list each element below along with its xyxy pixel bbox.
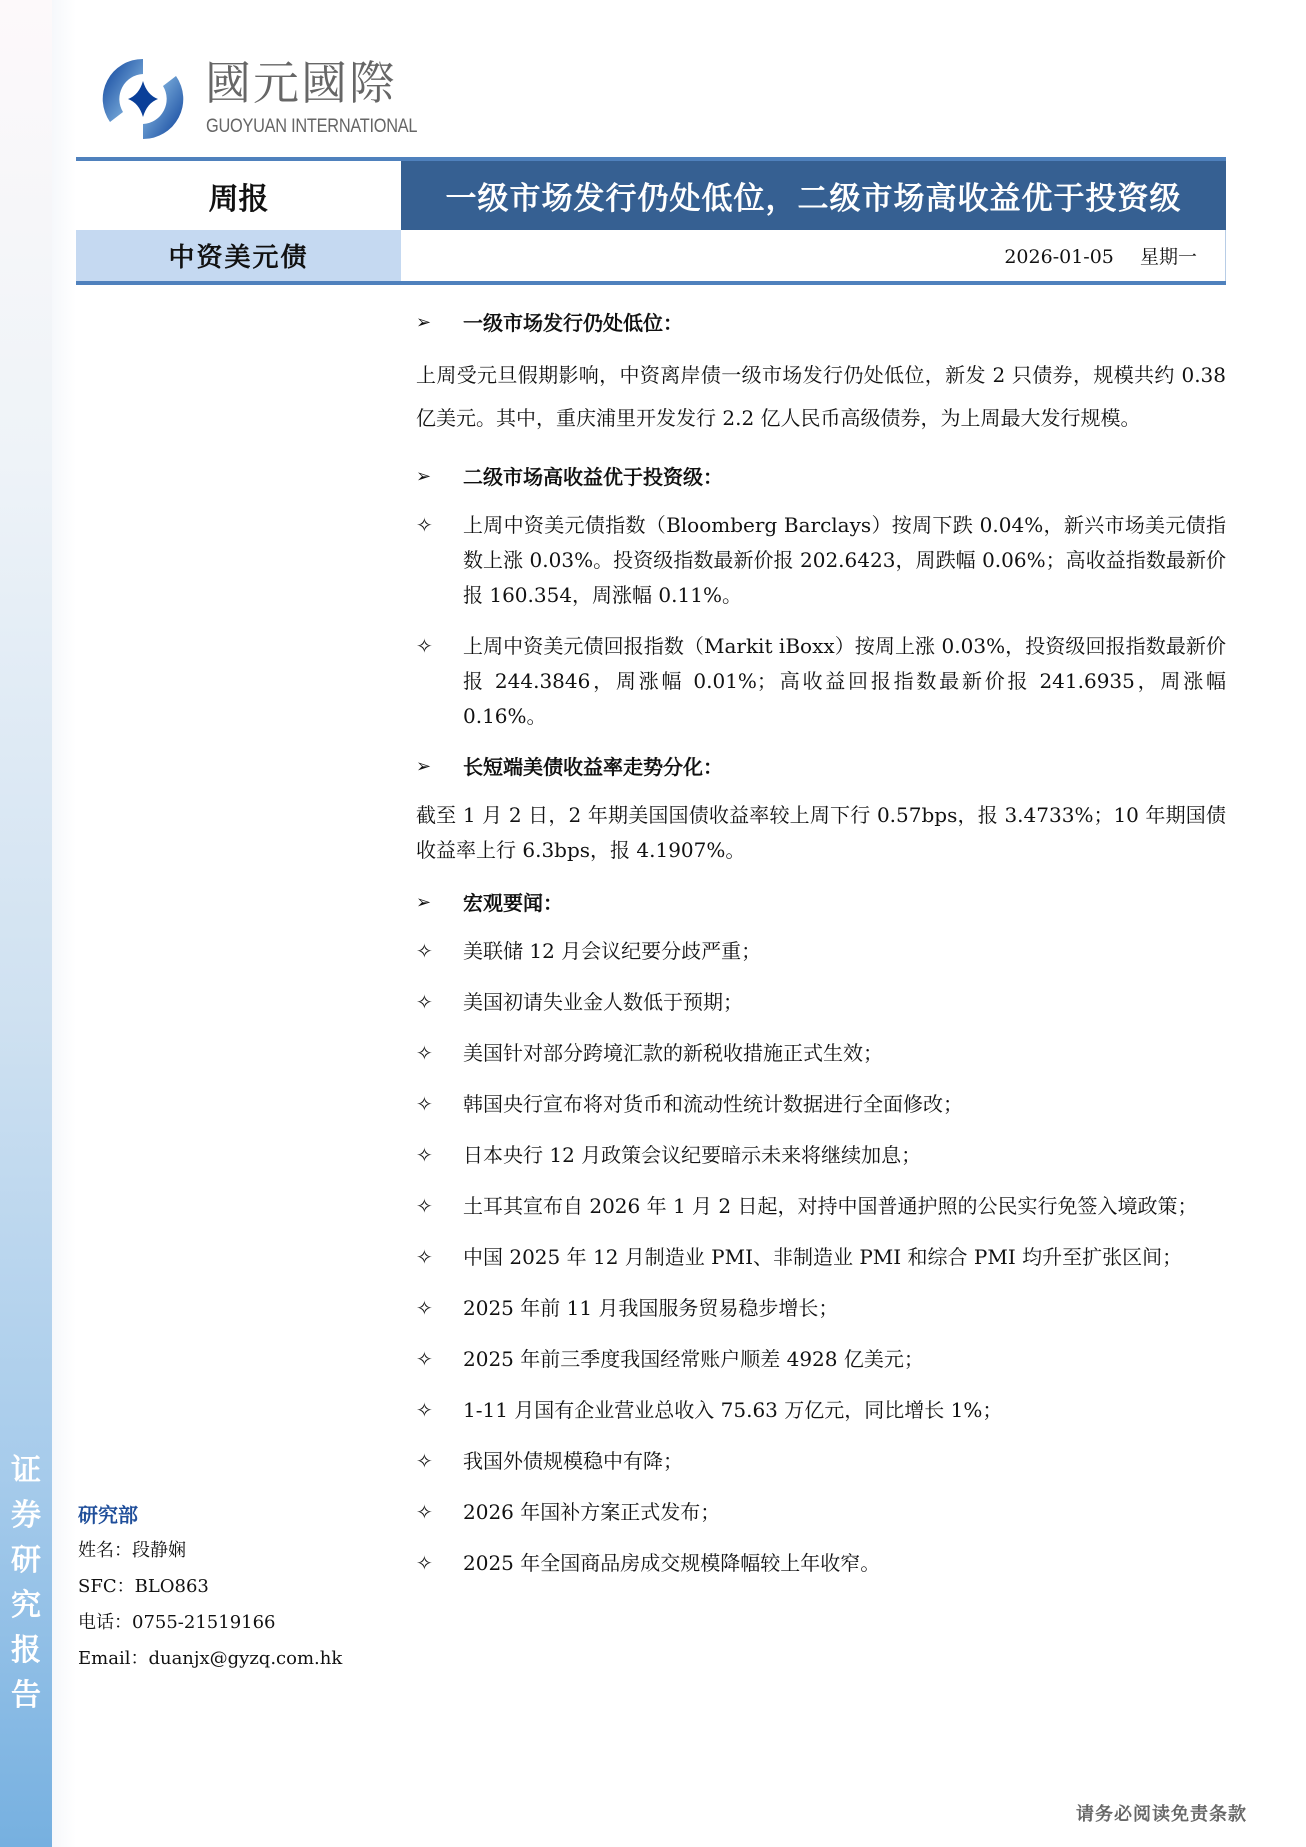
sidebar-char: 研	[0, 1538, 52, 1583]
list-item: ✧我国外债规模稳中有降；	[416, 1444, 1226, 1479]
sidebar-char: 究	[0, 1583, 52, 1628]
list-item: ✧土耳其宣布自 2026 年 1 月 2 日起，对持中国普通护照的公民实行免签入…	[416, 1189, 1226, 1224]
diamond-bullet-icon: ✧	[416, 629, 433, 664]
research-contact: 研究部 姓名：段静娴 SFC：BLO863 电话：0755-21519166 E…	[78, 1497, 398, 1677]
sidebar-char: 报	[0, 1628, 52, 1673]
analyst-phone: 电话：0755-21519166	[78, 1605, 398, 1641]
report-category: 中资美元债	[76, 230, 401, 281]
sidebar-char: 证	[0, 1448, 52, 1493]
diamond-bullet-icon: ✧	[416, 1087, 433, 1122]
list-item: ✧2025 年全国商品房成交规模降幅较上年收窄。	[416, 1546, 1226, 1581]
diamond-bullet-icon: ✧	[416, 1444, 433, 1479]
list-item: ✧2026 年国补方案正式发布；	[416, 1495, 1226, 1530]
sidebar-shadow	[52, 0, 76, 1847]
section-paragraph: 上周受元旦假期影响，中资离岸债一级市场发行仍处低位，新发 2 只债券，规模共约 …	[416, 354, 1226, 440]
list-item: ✧ 上周中资美元债回报指数（Markit iBoxx）按周上涨 0.03%，投资…	[416, 629, 1226, 734]
analyst-name: 姓名：段静娴	[78, 1533, 398, 1569]
diamond-bullet-icon: ✧	[416, 934, 433, 969]
list-item: ✧1-11 月国有企业营业总收入 75.63 万亿元，同比增长 1%；	[416, 1393, 1226, 1428]
diamond-bullet-icon: ✧	[416, 1546, 433, 1581]
report-body: ➢ 一级市场发行仍处低位： 上周受元旦假期影响，中资离岸债一级市场发行仍处低位，…	[416, 306, 1226, 1597]
list-item: ✧2025 年前三季度我国经常账户顺差 4928 亿美元；	[416, 1342, 1226, 1377]
arrow-bullet-icon: ➢	[416, 460, 431, 494]
sidebar-label: 证 券 研 究 报 告	[0, 1448, 52, 1718]
arrow-bullet-icon: ➢	[416, 750, 431, 784]
header-bottom-rule	[76, 281, 1226, 285]
list-item: ✧美联储 12 月会议纪要分歧严重；	[416, 934, 1226, 969]
list-item: ✧2025 年前 11 月我国服务贸易稳步增长；	[416, 1291, 1226, 1326]
disclaimer-link[interactable]: 请务必阅读免责条款	[1076, 1800, 1247, 1826]
diamond-bullet-icon: ✧	[416, 1393, 433, 1428]
list-item: ✧ 上周中资美元债指数（Bloomberg Barclays）按周下跌 0.04…	[416, 508, 1226, 613]
report-date-row: 2026-01-05 星期一	[401, 230, 1226, 281]
report-date: 2026-01-05 星期一	[1004, 242, 1211, 269]
report-type: 周报	[76, 161, 401, 230]
diamond-bullet-icon: ✧	[416, 1036, 433, 1071]
analyst-email[interactable]: Email：duanjx@gyzq.com.hk	[78, 1641, 398, 1677]
diamond-bullet-icon: ✧	[416, 1291, 433, 1326]
logo-text-cn: 國元國際	[205, 56, 397, 110]
diamond-bullet-icon: ✧	[416, 985, 433, 1020]
analyst-sfc: SFC：BLO863	[78, 1569, 398, 1605]
logo-text-en: GUOYUAN INTERNATIONAL	[206, 116, 417, 138]
diamond-bullet-icon: ✧	[416, 1342, 433, 1377]
section-heading: ➢ 长短端美债收益率走势分化：	[416, 750, 1226, 784]
list-item: ✧中国 2025 年 12 月制造业 PMI、非制造业 PMI 和综合 PMI …	[416, 1240, 1226, 1275]
report-title: 一级市场发行仍处低位，二级市场高收益优于投资级	[401, 161, 1226, 230]
list-item: ✧韩国央行宣布将对货币和流动性统计数据进行全面修改；	[416, 1087, 1226, 1122]
diamond-bullet-icon: ✧	[416, 508, 433, 543]
list-item: ✧日本央行 12 月政策会议纪要暗示未来将继续加息；	[416, 1138, 1226, 1173]
section-heading: ➢ 宏观要闻：	[416, 886, 1226, 920]
section-heading: ➢ 一级市场发行仍处低位：	[416, 306, 1226, 340]
diamond-bullet-icon: ✧	[416, 1495, 433, 1530]
section-paragraph: 截至 1 月 2 日，2 年期美国国债收益率较上周下行 0.57bps，报 3.…	[416, 798, 1226, 868]
arrow-bullet-icon: ➢	[416, 886, 431, 920]
diamond-bullet-icon: ✧	[416, 1240, 433, 1275]
diamond-bullet-icon: ✧	[416, 1138, 433, 1173]
arrow-bullet-icon: ➢	[416, 306, 431, 340]
sidebar-char: 告	[0, 1673, 52, 1718]
section-heading: ➢ 二级市场高收益优于投资级：	[416, 460, 1226, 494]
list-item: ✧美国初请失业金人数低于预期；	[416, 985, 1226, 1020]
list-item: ✧美国针对部分跨境汇款的新税收措施正式生效；	[416, 1036, 1226, 1071]
company-logo-icon	[98, 54, 188, 144]
diamond-bullet-icon: ✧	[416, 1189, 433, 1224]
sidebar-char: 券	[0, 1493, 52, 1538]
research-dept: 研究部	[78, 1497, 398, 1533]
